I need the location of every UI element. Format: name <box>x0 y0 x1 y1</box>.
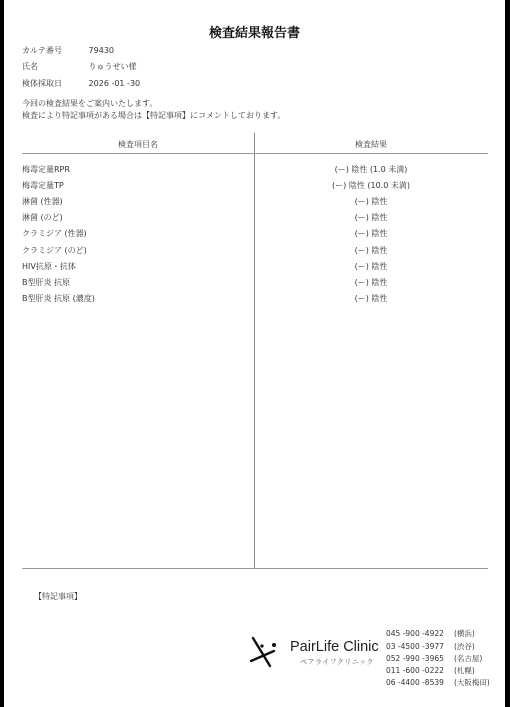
intro-line-2: 検査により特記事項がある場合は【特記事項】にコメントしております。 <box>22 110 285 121</box>
info-value: 2026 -01 -30 <box>89 79 141 88</box>
phone-location: (横浜) <box>454 629 475 638</box>
row-item: 淋菌 (のど) <box>22 212 63 223</box>
row-item: HIV抗原・抗体 <box>22 261 76 272</box>
info-value: りゅうせい様 <box>89 62 137 71</box>
row-item: 梅毒定量TP <box>22 180 64 191</box>
header-item-name: 検査項目名 <box>22 139 254 150</box>
info-sample-date: 検体採取日 2026 -01 -30 <box>22 78 140 89</box>
report-page: 検査結果報告書 カルテ番号 79430 氏名 りゅうせい様 検体採取日 2026… <box>4 0 505 707</box>
info-patient-name: 氏名 りゅうせい様 <box>22 61 137 72</box>
intro-line-1: 今回の検査結果をご案内いたします。 <box>22 98 157 109</box>
phone-number: 011 -600 -0222 <box>386 666 454 675</box>
phone-number: 06 -4400 -8539 <box>386 678 454 687</box>
row-result: (ー) 陰性 (10.0 未満) <box>254 180 488 191</box>
row-result: (ー) 陰性 <box>254 196 488 207</box>
row-item: クラミジア (のど) <box>22 245 87 256</box>
row-item: 淋菌 (性器) <box>22 196 63 207</box>
phone-number: 052 -990 -3965 <box>386 654 454 663</box>
phone-yokohama: 045 -900 -4922(横浜) <box>386 628 475 639</box>
row-result: (ー) 陰性 (1.0 未満) <box>254 164 488 175</box>
row-item: B型肝炎 抗原 <box>22 277 70 288</box>
page-title: 検査結果報告書 <box>4 22 505 41</box>
phone-shibuya: 03 -4500 -3977(渋谷) <box>386 641 475 652</box>
row-result: (ー) 陰性 <box>254 245 488 256</box>
info-value: 79430 <box>89 46 114 55</box>
row-result: (ー) 陰性 <box>254 228 488 239</box>
row-result: (ー) 陰性 <box>254 293 488 304</box>
pairlife-logo-icon <box>250 636 280 668</box>
notes-label: 【特記事項】 <box>34 591 82 602</box>
phone-location: (札幌) <box>454 666 475 675</box>
row-result: (ー) 陰性 <box>254 277 488 288</box>
header-result: 検査結果 <box>254 139 488 150</box>
phone-number: 045 -900 -4922 <box>386 629 454 638</box>
info-label: 氏名 <box>22 61 86 72</box>
row-item: 梅毒定量RPR <box>22 164 70 175</box>
table-bottom-divider <box>22 568 488 569</box>
clinic-name-kana: ペアライフクリニック <box>300 657 374 667</box>
phone-osaka-umeda: 06 -4400 -8539(大阪梅田) <box>386 677 490 688</box>
phone-sapporo: 011 -600 -0222(札幌) <box>386 665 475 676</box>
phone-number: 03 -4500 -3977 <box>386 642 454 651</box>
row-result: (ー) 陰性 <box>254 212 488 223</box>
phone-location: (名古屋) <box>454 654 482 663</box>
header-divider <box>22 153 488 154</box>
row-result: (ー) 陰性 <box>254 261 488 272</box>
info-label: 検体採取日 <box>22 78 86 89</box>
info-label: カルテ番号 <box>22 45 86 56</box>
row-item: クラミジア (性器) <box>22 228 87 239</box>
clinic-name: PairLife Clinic <box>290 639 379 655</box>
phone-location: (渋谷) <box>454 642 475 651</box>
phone-nagoya: 052 -990 -3965(名古屋) <box>386 653 482 664</box>
info-chart-number: カルテ番号 79430 <box>22 45 114 56</box>
row-item: B型肝炎 抗原 (濃度) <box>22 293 95 304</box>
phone-location: (大阪梅田) <box>454 678 490 687</box>
